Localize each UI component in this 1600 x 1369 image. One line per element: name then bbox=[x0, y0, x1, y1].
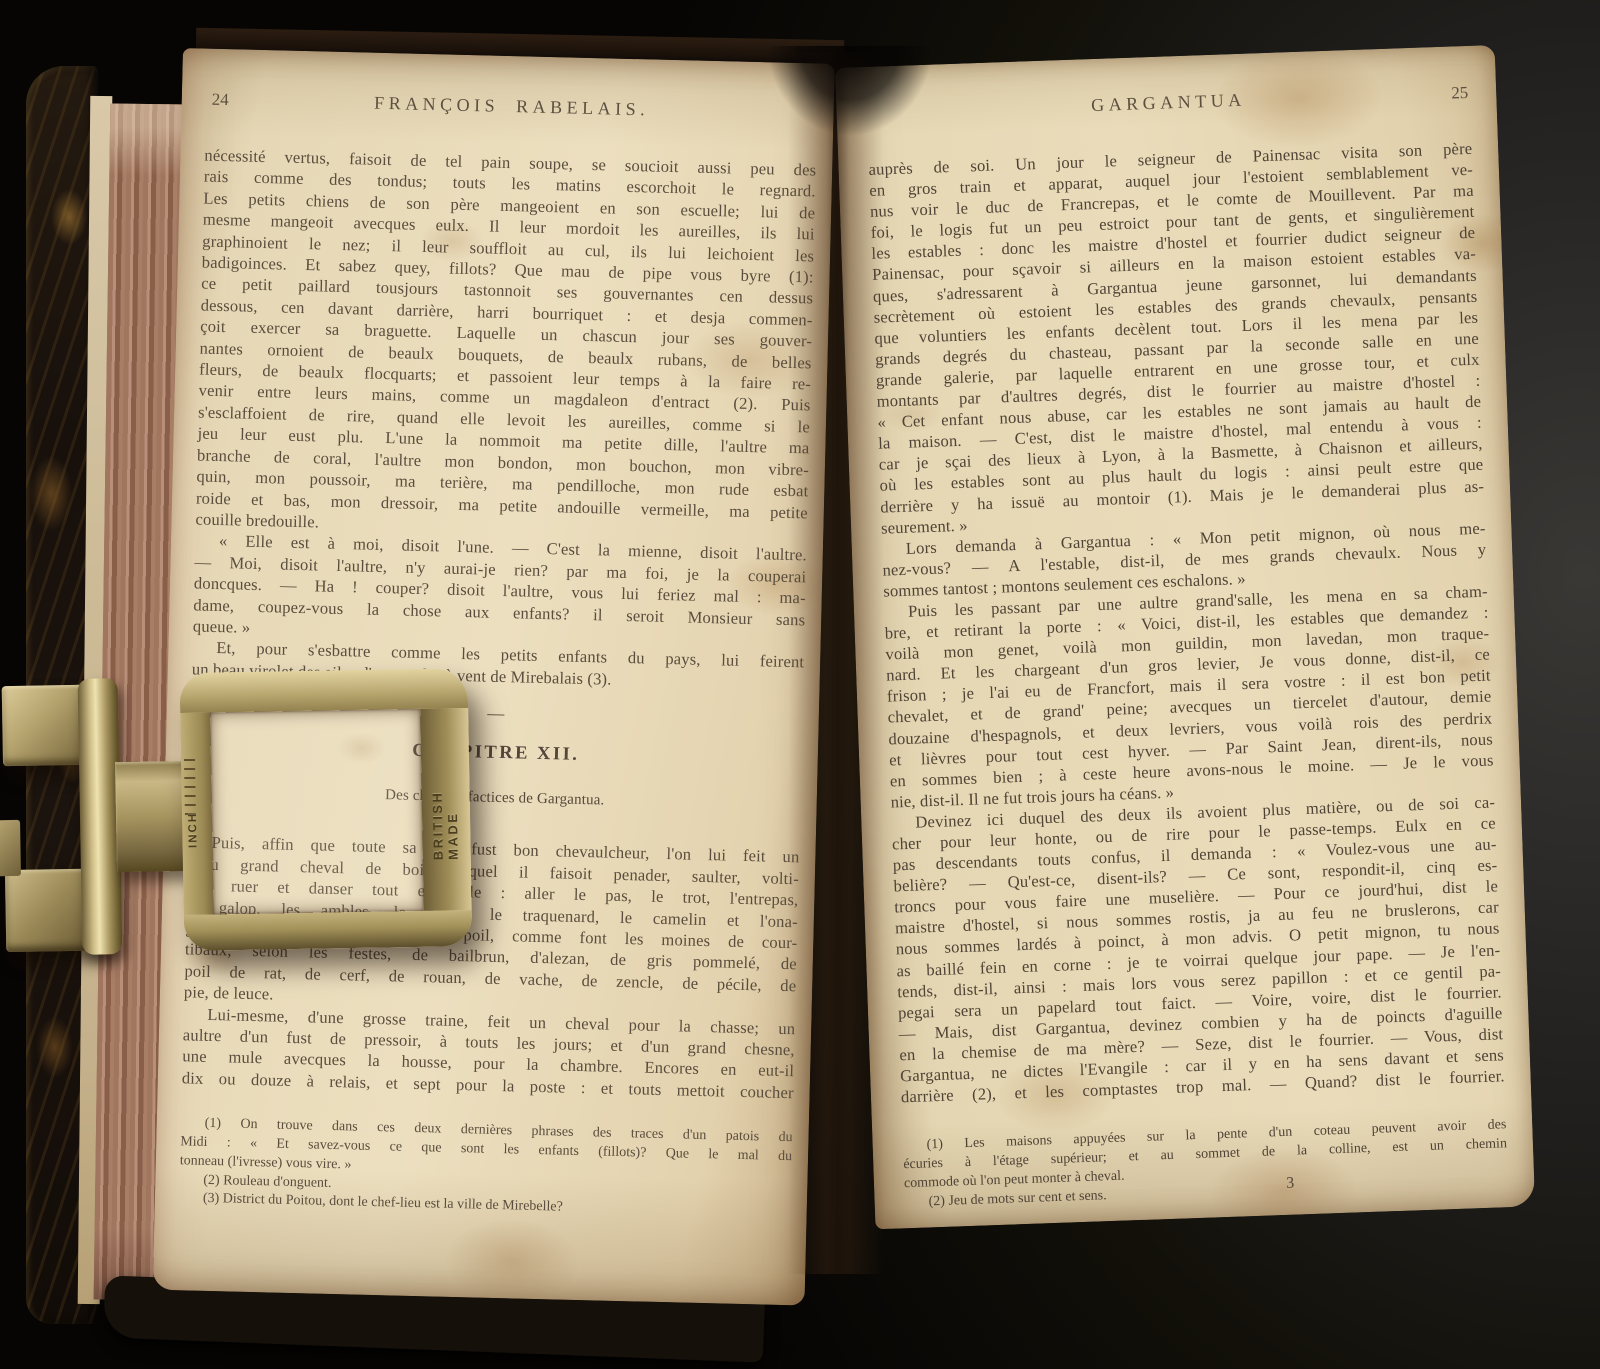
right-page-number: 25 bbox=[1451, 83, 1469, 104]
right-page-header: GARGANTUA 25 bbox=[866, 82, 1471, 129]
paragraph: Puis les passant par une aultre grand'sa… bbox=[884, 581, 1495, 813]
brass-clasp: INCH BRITISH MADE bbox=[0, 662, 489, 973]
clasp-frame-left-bar: INCH bbox=[180, 713, 214, 915]
book-photo: 24 FRANÇOIS RABELAIS. nécessité vertus, … bbox=[0, 0, 1600, 1369]
paragraph: auprès de soi. Un jour le seigneur de Pa… bbox=[868, 138, 1485, 539]
paragraph: « Elle est à moi, disoit l'une. — C'est … bbox=[193, 530, 807, 652]
clasp-frame-top-bar bbox=[179, 668, 468, 713]
paragraph: Lui-mesme, d'une grosse traine, feit un … bbox=[182, 1003, 796, 1104]
left-footnotes: (1) On trouve dans ces deux dernières ph… bbox=[179, 1115, 793, 1224]
clasp-strap bbox=[115, 761, 189, 872]
left-page-number: 24 bbox=[212, 90, 229, 110]
clasp-frame-window bbox=[210, 709, 423, 915]
clasp-frame-right-bar: BRITISH MADE bbox=[420, 708, 472, 911]
clasp-engraving-british-made: BRITISH MADE bbox=[429, 759, 461, 861]
signature-mark: 3 bbox=[1286, 1175, 1295, 1193]
clasp-ruler-ticks bbox=[184, 759, 196, 817]
paragraph: nécessité vertus, faisoit de tel pain so… bbox=[195, 145, 816, 545]
paragraph: Devinez ici duquel des deux ils avoient … bbox=[891, 791, 1505, 1107]
right-page: GARGANTUA 25 auprès de soi. Un jour le s… bbox=[835, 45, 1535, 1229]
clasp-buckle-frame: INCH BRITISH MADE bbox=[179, 668, 472, 951]
left-page-header: 24 FRANÇOIS RABELAIS. bbox=[205, 89, 817, 130]
left-running-title: FRANÇOIS RABELAIS. bbox=[206, 89, 818, 125]
right-footnotes: (1) Les maisons appuyées sur la pente d'… bbox=[902, 1116, 1508, 1212]
right-running-title: GARGANTUA bbox=[866, 82, 1470, 124]
clasp-engraving-inch: INCH bbox=[187, 812, 200, 848]
clasp-frame-bottom-bar bbox=[184, 910, 473, 951]
clasp-hinge-foot bbox=[0, 820, 21, 876]
